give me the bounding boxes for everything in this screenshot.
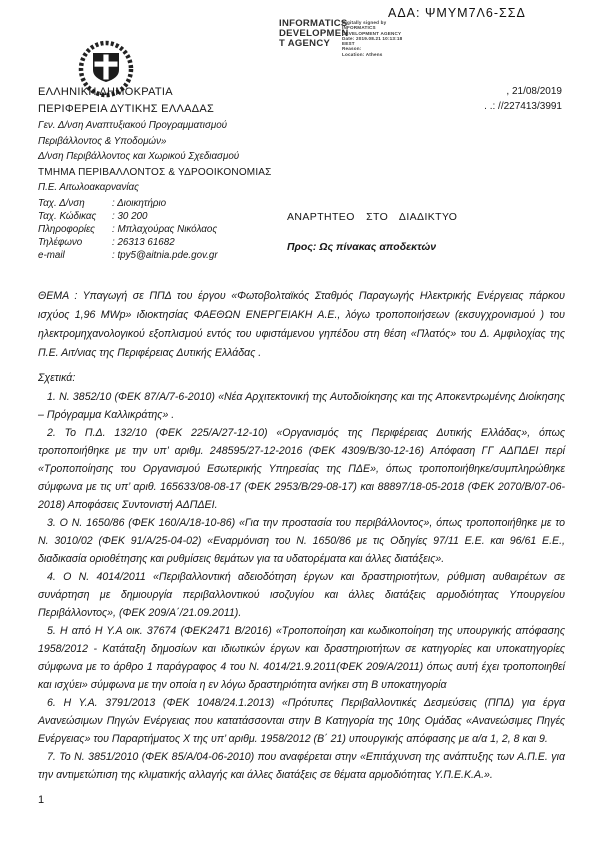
contact-row-information: Πληροφορίες : Μπλαχούρας Νικόλαος <box>38 223 293 236</box>
related-item-3: 3. Ο Ν. 1650/86 (ΦΕΚ 160/Α/18-10-86) «Γι… <box>38 514 565 568</box>
contact-block: Ταχ. Δ/νση : Διοικητήριο Ταχ. Κώδικας : … <box>38 197 293 263</box>
contact-value: : Διοικητήριο <box>112 197 166 210</box>
contact-row-phone: Τηλέφωνο : 26313 61682 <box>38 236 293 249</box>
protocol-line: . .: //227413/3991 <box>484 99 562 114</box>
contact-row-email: e-mail : tpy5@aitnia.pde.gov.gr <box>38 249 293 262</box>
contact-value: : Μπλαχούρας Νικόλαος <box>112 223 217 236</box>
contact-row-postcode: Ταχ. Κώδικας : 30 200 <box>38 210 293 223</box>
contact-row-address: Ταχ. Δ/νση : Διοικητήριο <box>38 197 293 210</box>
letterhead: ΕΛΛΗΝΙΚΗ ΔΗΜΟΚΡΑΤΙΑ ΠΕΡΙΦΕΡΕΙΑ ΔΥΤΙΚΗΣ Ε… <box>38 84 293 263</box>
digital-signature-stamp: INFORMATICS DEVELOPMEN T AGENCY Digitall… <box>279 19 402 57</box>
contact-label: Ταχ. Κώδικας <box>38 210 112 223</box>
document-page: ΑΔΑ: ΨΜΥΜ7Λ6-ΣΣΔ INFORMATICS DEVELOPMEN … <box>0 0 595 842</box>
page-number: 1 <box>38 794 44 806</box>
contact-value: : tpy5@aitnia.pde.gov.gr <box>112 249 218 262</box>
related-item-2: 2. Το Π.Δ. 132/10 (ΦΕΚ 225/Α/27-12-10) «… <box>38 424 565 514</box>
related-heading: Σχετικά: <box>38 369 565 387</box>
date-protocol-block: , 21/08/2019 . .: //227413/3991 <box>484 84 562 114</box>
contact-label: Ταχ. Δ/νση <box>38 197 112 210</box>
contact-label: e-mail <box>38 249 112 262</box>
stamp-agency-text: INFORMATICS DEVELOPMEN T AGENCY <box>279 19 337 57</box>
contact-value: : 26313 61682 <box>112 236 175 249</box>
stamp-signature-details: Digitally signed by INFORMATICS DEVELOPM… <box>342 19 402 57</box>
contact-label: Τηλέφωνο <box>38 236 112 249</box>
stamp-agency-line: T AGENCY <box>279 39 337 49</box>
related-item-4: 4. Ο Ν. 4014/2011 «Περιβαλλοντική αδειοδ… <box>38 568 565 622</box>
related-item-6: 6. Η Υ.Α. 3791/2013 (ΦΕΚ 1048/24.1.2013)… <box>38 694 565 748</box>
contact-label: Πληροφορίες <box>38 223 112 236</box>
letterhead-region: ΠΕΡΙΦΕΡΕΙΑ ΔΥΤΙΚΗΣ ΕΛΛΑΔΑΣ <box>38 101 293 118</box>
contact-value: : 30 200 <box>112 210 147 223</box>
stamp-detail-line: Location: Athens <box>342 52 402 57</box>
ada-number: ΑΔΑ: ΨΜΥΜ7Λ6-ΣΣΔ <box>388 6 526 20</box>
related-item-5: 5. Η από Η Υ.Α οικ. 37674 (ΦΕΚ2471 Β/201… <box>38 622 565 694</box>
publish-notice: ΑΝΑΡΤΗΤΕΟ ΣΤΟ ΔΙΑΔΙΚΤΥΟ <box>287 211 457 223</box>
letterhead-department: ΤΜΗΜΑ ΠΕΡΙΒΑΛΛΟΝΤΟΣ & ΥΔΡΟΟΙΚΟΝΟΜΙΑΣ <box>38 165 293 181</box>
related-item-1: 1. Ν. 3852/10 (ΦΕΚ 87/Α/7-6-2010) «Νέα Α… <box>38 388 565 424</box>
letterhead-general-directorate-line1: Γεν. Δ/νση Αναπτυξιακού Προγραμματισμού <box>38 118 293 134</box>
letterhead-directorate: Δ/νση Περιβάλλοντος και Χωρικού Σχεδιασμ… <box>38 149 293 165</box>
document-body: ΘΕΜΑ : Υπαγωγή σε ΠΠΔ του έργου «Φωτοβολ… <box>38 287 565 784</box>
recipient-line: Προς: Ως πίνακας αποδεκτών <box>287 241 436 253</box>
subject-paragraph: ΘΕΜΑ : Υπαγωγή σε ΠΠΔ του έργου «Φωτοβολ… <box>38 287 565 363</box>
date-line: , 21/08/2019 <box>484 84 562 99</box>
letterhead-state: ΕΛΛΗΝΙΚΗ ΔΗΜΟΚΡΑΤΙΑ <box>38 84 293 101</box>
related-item-7: 7. Το Ν. 3851/2010 (ΦΕΚ 85/Α/04-06-2010)… <box>38 748 565 784</box>
letterhead-general-directorate-line2: Περιβάλλοντος & Υποδομών» <box>38 134 293 150</box>
letterhead-regional-unit: Π.Ε. Αιτωλοακαρνανίας <box>38 180 293 196</box>
